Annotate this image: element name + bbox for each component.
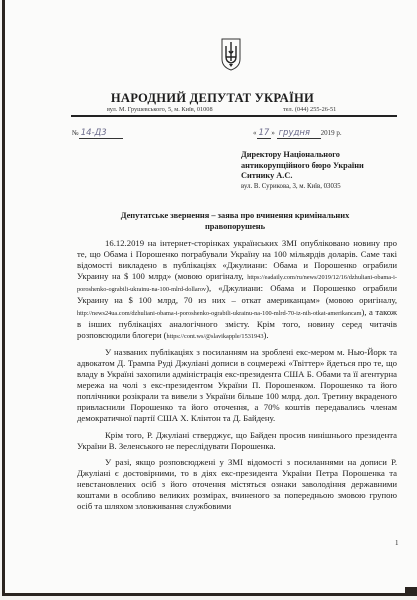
date-close-quote: » bbox=[271, 129, 275, 137]
addressee-line3: Ситнику А.С. bbox=[241, 171, 364, 182]
number-handwritten: 14-Д3 bbox=[79, 128, 123, 139]
p1-url-contws: https://cont.ws/@slavikapple/1531943 bbox=[167, 333, 264, 340]
document-page: НАРОДНИЙ ДЕПУТАТ УКРАЇНИ вул. М. Грушевс… bbox=[2, 0, 417, 596]
ukraine-trident-emblem-icon bbox=[220, 37, 242, 71]
subject-heading: Депутатське звернення – заява про вчинен… bbox=[65, 210, 405, 232]
paragraph-4: У разі, якщо розповсюджені у ЗМІ відомос… bbox=[77, 457, 397, 512]
date-year: 2019 р. bbox=[321, 129, 342, 137]
p1-text-d: ). bbox=[263, 330, 268, 340]
date-month-handwritten: грудня bbox=[277, 128, 321, 139]
p1-url-news24ua: http://news24ua.com/dzhuliani-obama-i-po… bbox=[77, 310, 362, 317]
page-corner-shadow bbox=[405, 587, 417, 593]
date-day-handwritten: 17 bbox=[257, 128, 272, 139]
registration-number: №14-Д3 bbox=[72, 128, 123, 139]
registration-date: «17» грудня2019 р. bbox=[253, 128, 342, 139]
paragraph-2: У названих публікаціях з посиланням на з… bbox=[77, 347, 397, 425]
letterhead-address: вул. М. Грушевського, 5, м. Київ, 01008 bbox=[107, 106, 213, 113]
addressee-street: вул. В. Сурикова, 3, м. Київ, 03035 bbox=[241, 182, 364, 193]
letterhead-title: НАРОДНИЙ ДЕПУТАТ УКРАЇНИ bbox=[5, 91, 417, 106]
letterhead-phone: тел. (044) 255-26-51 bbox=[283, 106, 336, 113]
addressee-line2: антикорупційного бюро України bbox=[241, 161, 364, 172]
number-prefix: № bbox=[72, 129, 79, 137]
paragraph-3: Крім того, Р. Джуліані стверджує, що Бай… bbox=[77, 430, 397, 452]
subject-line1: Депутатське звернення – заява про вчинен… bbox=[65, 210, 405, 221]
letter-body: 16.12.2019 на інтернет-сторінках українс… bbox=[77, 238, 397, 517]
addressee-line1: Директору Національного bbox=[241, 150, 364, 161]
addressee-block: Директору Національного антикорупційного… bbox=[241, 150, 364, 192]
paragraph-1: 16.12.2019 на інтернет-сторінках українс… bbox=[77, 238, 397, 342]
letterhead-divider bbox=[71, 115, 397, 117]
subject-line2: правопорушень bbox=[65, 221, 405, 232]
page-number: 1 bbox=[395, 539, 399, 547]
